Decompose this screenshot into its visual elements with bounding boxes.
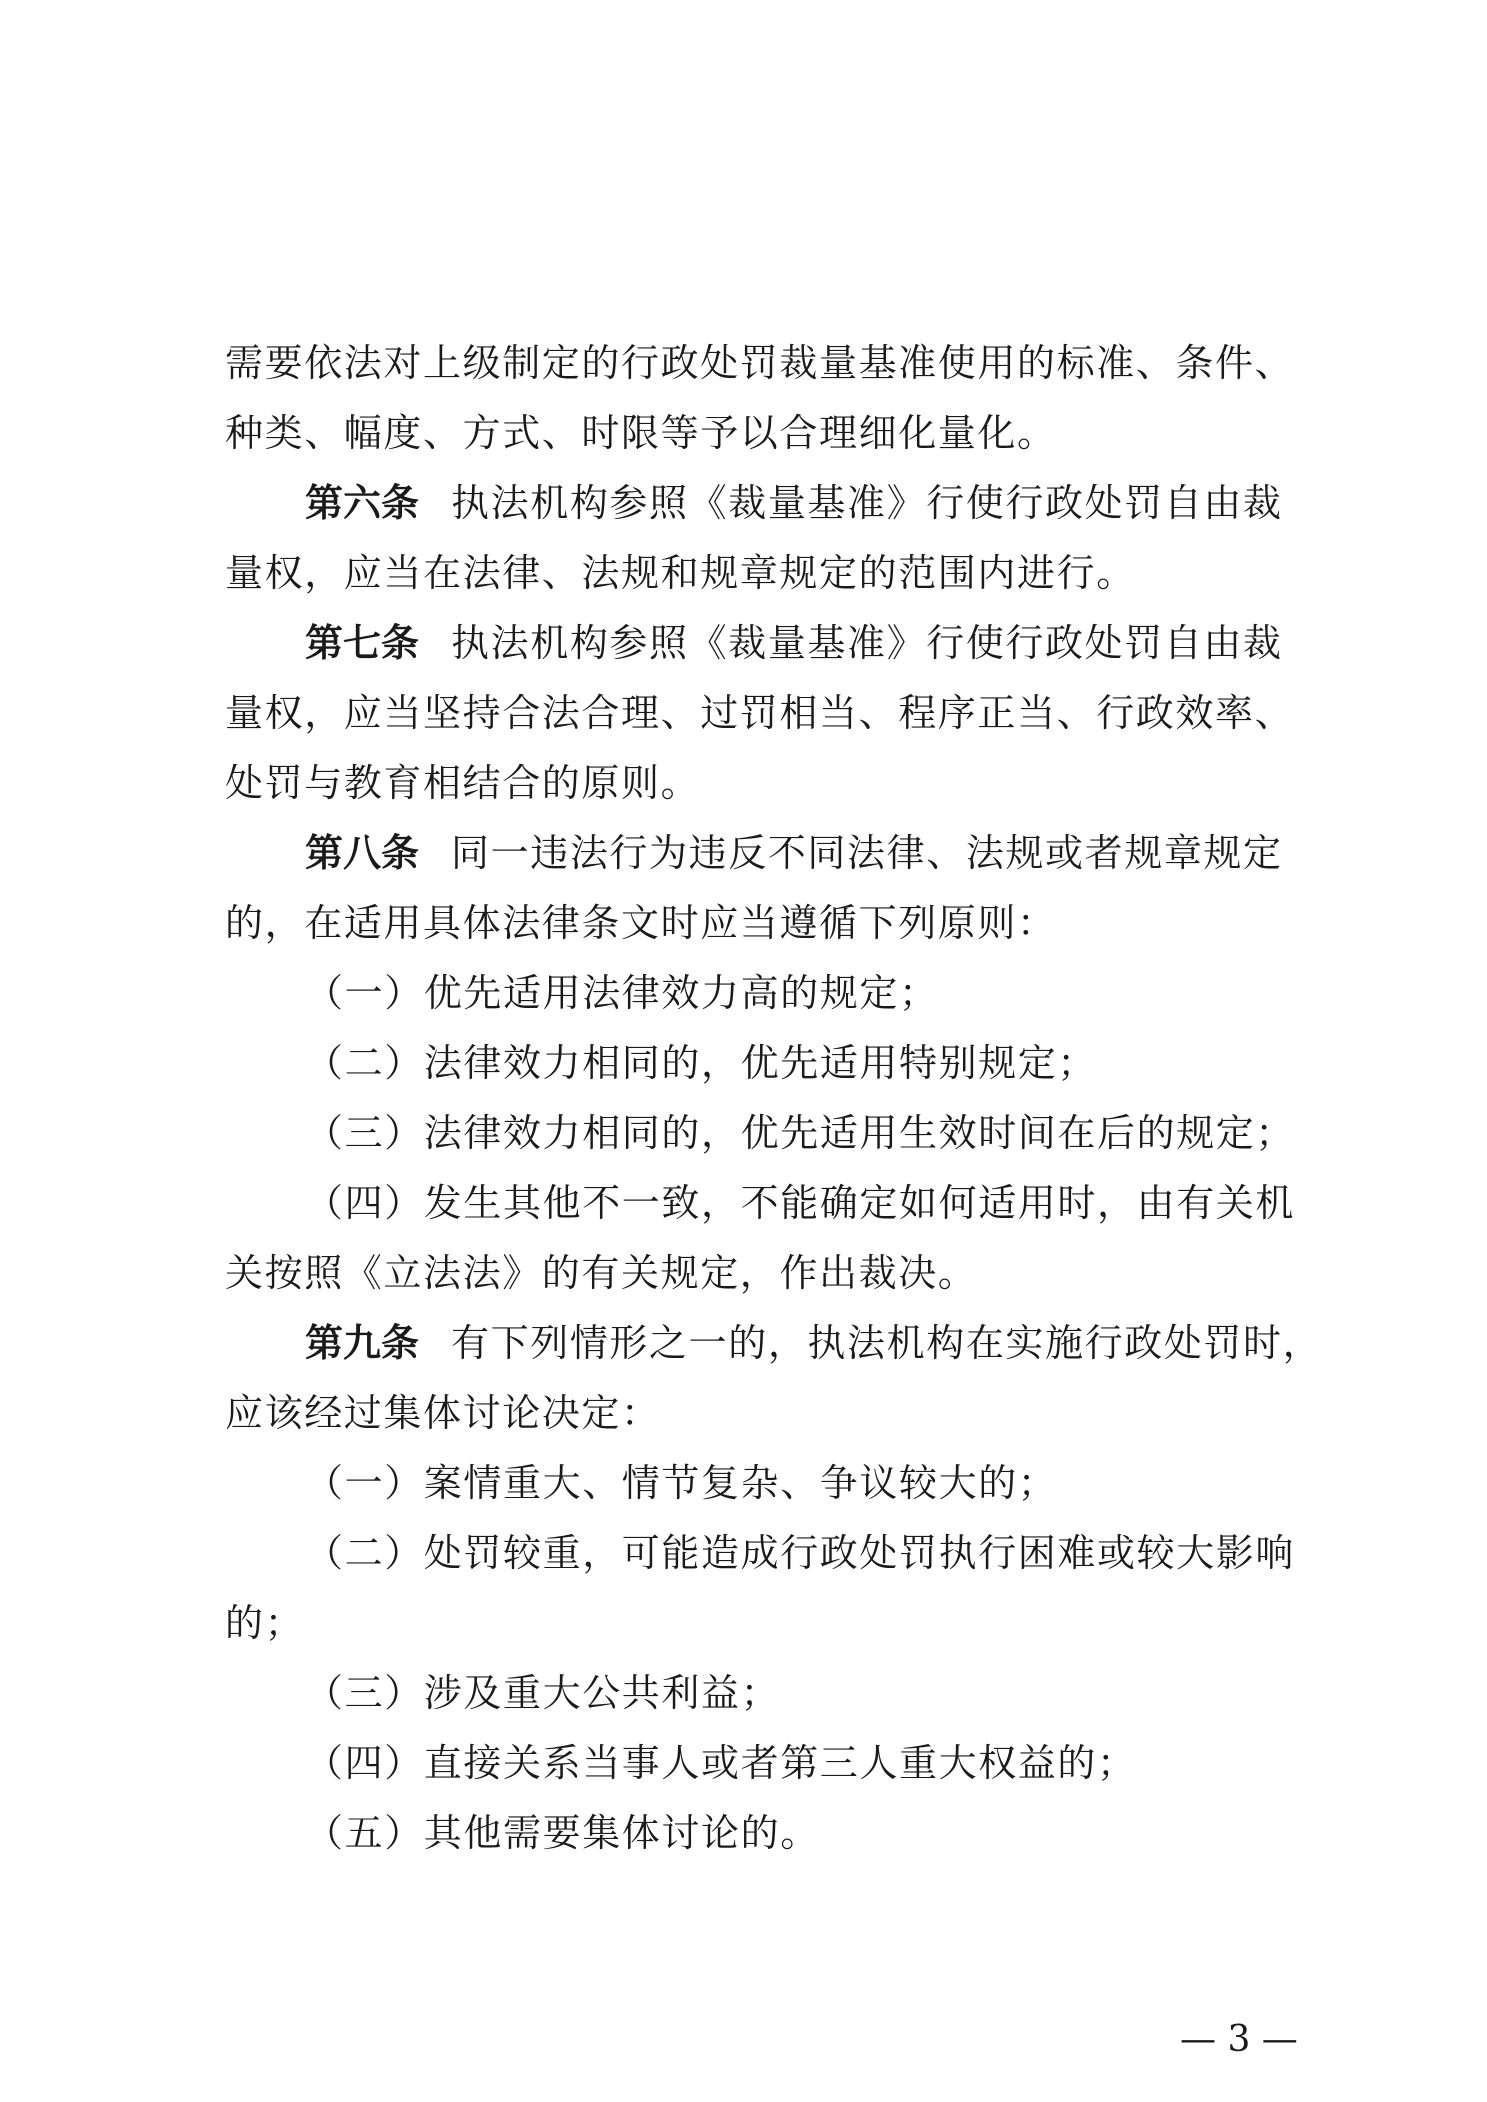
line-text: （四）发生其他不一致，不能确定如何适用时，由有关机 — [305, 1181, 1295, 1225]
article-6-line: 第六条执法机构参照《裁量基准》行使行政处罚自由裁 — [225, 468, 1315, 538]
line-text: 同一违法行为违反不同法律、法规或者规章规定 — [451, 831, 1283, 875]
article-label: 第七条 — [305, 621, 419, 665]
line-text: （一）优先适用法律效力高的规定； — [305, 971, 939, 1015]
line-text: 量权，应当在法律、法规和规章规定的范围内进行。 — [225, 551, 1136, 595]
line-text: 处罚与教育相结合的原则。 — [225, 761, 700, 805]
list-item: （五）其他需要集体讨论的。 — [225, 1798, 1315, 1868]
article-label: 第九条 — [305, 1321, 419, 1365]
text-line: 关按照《立法法》的有关规定，作出裁决。 — [225, 1238, 1315, 1308]
line-text: （三）涉及重大公共利益； — [305, 1671, 780, 1715]
line-text: （二）处罚较重，可能造成行政处罚执行困难或较大影响 — [305, 1531, 1295, 1575]
line-text: （二）法律效力相同的，优先适用特别规定； — [305, 1041, 1097, 1085]
text-line: 处罚与教育相结合的原则。 — [225, 748, 1315, 818]
line-text: 应该经过集体讨论决定： — [225, 1391, 661, 1435]
list-item: （三）涉及重大公共利益； — [225, 1658, 1315, 1728]
text-line: 需要依法对上级制定的行政处罚裁量基准使用的标准、条件、 — [225, 328, 1315, 398]
article-label: 第六条 — [305, 481, 419, 525]
line-text: （四）直接关系当事人或者第三人重大权益的； — [305, 1741, 1137, 1785]
text-line: 量权，应当坚持合法合理、过罚相当、程序正当、行政效率、 — [225, 678, 1315, 748]
list-item: （一）案情重大、情节复杂、争议较大的； — [225, 1448, 1315, 1518]
line-text: （三）法律效力相同的，优先适用生效时间在后的规定； — [305, 1111, 1295, 1155]
list-item: （四）直接关系当事人或者第三人重大权益的； — [225, 1728, 1315, 1798]
line-text: 执法机构参照《裁量基准》行使行政处罚自由裁 — [451, 621, 1283, 665]
line-text: 量权，应当坚持合法合理、过罚相当、程序正当、行政效率、 — [225, 691, 1294, 735]
line-text: 的，在适用具体法律条文时应当遵循下列原则： — [225, 901, 1057, 945]
article-8-line: 第八条同一违法行为违反不同法律、法规或者规章规定 — [225, 818, 1315, 888]
text-line: 量权，应当在法律、法规和规章规定的范围内进行。 — [225, 538, 1315, 608]
text-line: 的，在适用具体法律条文时应当遵循下列原则： — [225, 888, 1315, 958]
line-text: 关按照《立法法》的有关规定，作出裁决。 — [225, 1251, 977, 1295]
line-text: 的； — [225, 1601, 304, 1645]
text-line: 应该经过集体讨论决定： — [225, 1378, 1315, 1448]
list-item: （二）处罚较重，可能造成行政处罚执行困难或较大影响 — [225, 1518, 1315, 1588]
list-item: （三）法律效力相同的，优先适用生效时间在后的规定； — [225, 1098, 1315, 1168]
article-9-line: 第九条有下列情形之一的，执法机构在实施行政处罚时， — [225, 1308, 1315, 1378]
article-label: 第八条 — [305, 831, 419, 875]
text-line: 的； — [225, 1588, 1315, 1658]
line-text: 执法机构参照《裁量基准》行使行政处罚自由裁 — [451, 481, 1283, 525]
list-item: （二）法律效力相同的，优先适用特别规定； — [225, 1028, 1315, 1098]
list-item: （四）发生其他不一致，不能确定如何适用时，由有关机 — [225, 1168, 1315, 1238]
article-7-line: 第七条执法机构参照《裁量基准》行使行政处罚自由裁 — [225, 608, 1315, 678]
line-text: 种类、幅度、方式、时限等予以合理细化量化。 — [225, 411, 1057, 455]
page-number: — 3 — — [1180, 2018, 1298, 2062]
document-body: 需要依法对上级制定的行政处罚裁量基准使用的标准、条件、 种类、幅度、方式、时限等… — [225, 328, 1315, 1868]
document-page: 需要依法对上级制定的行政处罚裁量基准使用的标准、条件、 种类、幅度、方式、时限等… — [0, 0, 1487, 2102]
line-text: 需要依法对上级制定的行政处罚裁量基准使用的标准、条件、 — [225, 341, 1294, 385]
text-line: 种类、幅度、方式、时限等予以合理细化量化。 — [225, 398, 1315, 468]
line-text: 有下列情形之一的，执法机构在实施行政处罚时， — [451, 1321, 1322, 1365]
list-item: （一）优先适用法律效力高的规定； — [225, 958, 1315, 1028]
line-text: （一）案情重大、情节复杂、争议较大的； — [305, 1461, 1057, 1505]
line-text: （五）其他需要集体讨论的。 — [305, 1811, 820, 1855]
